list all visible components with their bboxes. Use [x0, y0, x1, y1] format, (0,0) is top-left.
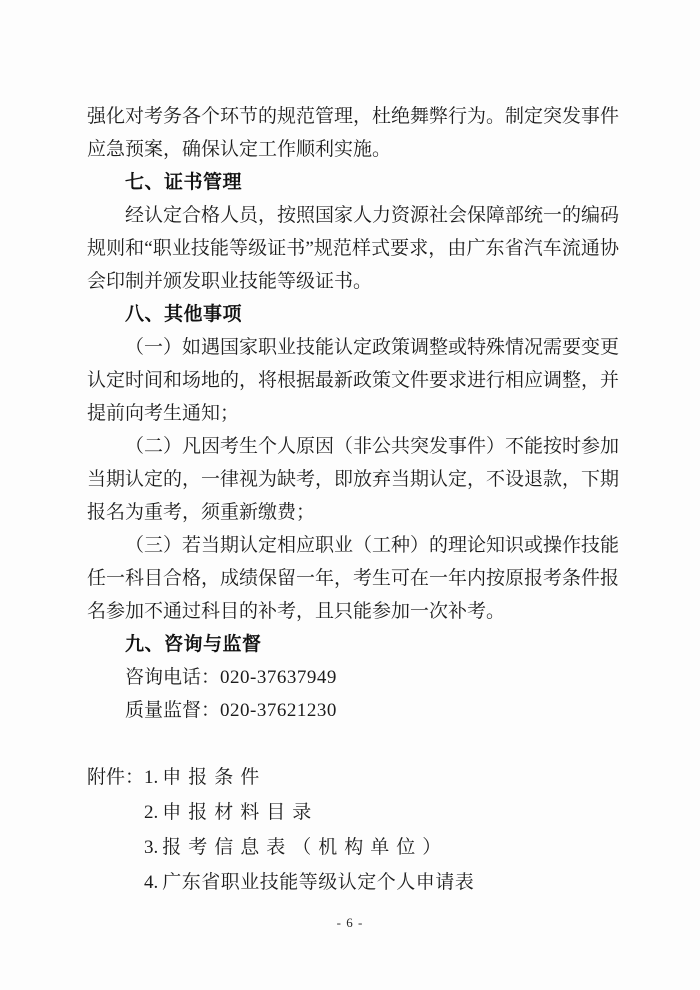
document-body: 强化对考务各个环节的规范管理，杜绝舞弊行为。制定突发事件应急预案，确保认定工作顺… [87, 100, 619, 900]
paragraph-other-matters-item-1: （一）如遇国家职业技能认定政策调整或特殊情况需要变更认定时间和场地的，将根据最新… [87, 331, 619, 430]
attachment-item: 2.申报材料目录 [87, 795, 619, 830]
contact-phone-number: 020-37621230 [220, 700, 337, 721]
attachment-item: 附件：1.申报条件 [87, 760, 619, 795]
attachment-number: 1. [144, 767, 158, 788]
paragraph-exam-management-continuation: 强化对考务各个环节的规范管理，杜绝舞弊行为。制定突发事件应急预案，确保认定工作顺… [87, 100, 619, 166]
document-page: 强化对考务各个环节的规范管理，杜绝舞弊行为。制定突发事件应急预案，确保认定工作顺… [0, 0, 700, 990]
attachment-number: 3. [144, 837, 158, 858]
attachment-title: 申报条件 [162, 767, 266, 788]
heading-certificate-management: 七、证书管理 [87, 166, 619, 199]
attachment-title: 申报材料目录 [162, 802, 318, 823]
attachment-item: 4.广东省职业技能等级认定个人申请表 [87, 865, 619, 900]
page-number: - 6 - [0, 915, 700, 931]
contact-line-consult-phone: 咨询电话：020-37637949 [87, 661, 619, 694]
attachments-label: 附件： [87, 760, 144, 795]
attachment-title: 广东省职业技能等级认定个人申请表 [162, 872, 474, 893]
contact-label: 咨询电话： [125, 667, 220, 688]
contact-line-quality-supervision: 质量监督：020-37621230 [87, 694, 619, 727]
heading-consultation-supervision: 九、咨询与监督 [87, 628, 619, 661]
attachment-item: 3.报考信息表（机构单位） [87, 830, 619, 865]
heading-other-matters: 八、其他事项 [87, 298, 619, 331]
contact-label: 质量监督： [125, 700, 220, 721]
paragraph-other-matters-item-2: （二）凡因考生个人原因（非公共突发事件）不能按时参加当期认定的，一律视为缺考，即… [87, 430, 619, 529]
contact-phone-number: 020-37637949 [220, 667, 337, 688]
paragraph-other-matters-item-3: （三）若当期认定相应职业（工种）的理论知识或操作技能任一科目合格，成绩保留一年，… [87, 529, 619, 628]
attachments-list: 附件：1.申报条件 2.申报材料目录 3.报考信息表（机构单位） 4.广东省职业… [87, 760, 619, 900]
attachment-title: 报考信息表（机构单位） [162, 837, 448, 858]
attachment-number: 4. [144, 872, 158, 893]
paragraph-certificate-issuance: 经认定合格人员，按照国家人力资源社会保障部统一的编码规则和“职业技能等级证书”规… [87, 199, 619, 298]
attachment-number: 2. [144, 802, 158, 823]
